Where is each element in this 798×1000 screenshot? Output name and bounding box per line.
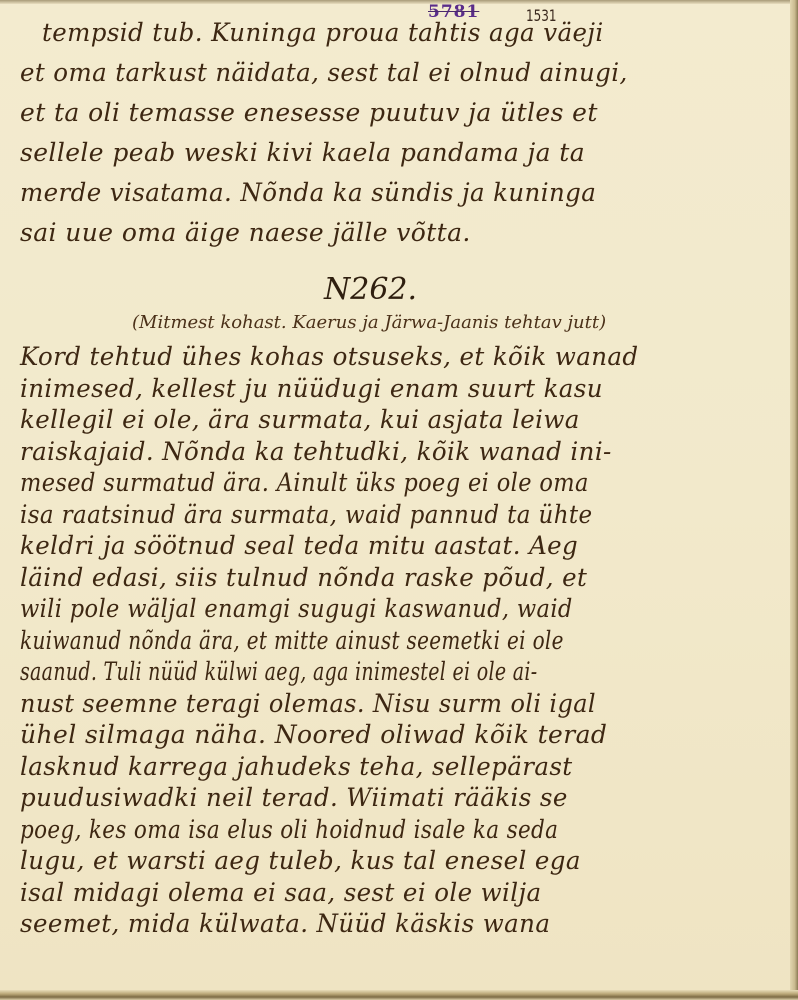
- text-line: inimesed, kellest ju nüüdugi enam suurt …: [20, 374, 769, 403]
- text-line: kuiwanud nõnda ära, et mitte ainust seem…: [20, 626, 631, 655]
- text-line: kellegil ei ole, ära surmata, kui asjata…: [20, 405, 769, 434]
- text-line: läind edasi, siis tulnud nõnda raske põu…: [20, 563, 769, 592]
- text-line: seemet, mida külwata. Nüüd käskis wana: [20, 909, 769, 938]
- text-line: tempsid tub. Kuninga proua tahtis aga vä…: [42, 18, 769, 47]
- text-line: Kord tehtud ühes kohas otsuseks, et kõik…: [20, 342, 769, 371]
- page-bottom-edge: [0, 990, 798, 1000]
- text-line: isal midagi olema ei saa, sest ei ole wi…: [20, 878, 769, 907]
- entry-source-note: (Mitmest kohast. Kaerus ja Järwa-Jaanis …: [132, 312, 606, 333]
- text-line: sellele peab weski kivi kaela pandama ja…: [20, 138, 784, 167]
- text-line: merde visatama. Nõnda ka sündis ja kunin…: [20, 178, 769, 207]
- page-right-edge: [790, 0, 798, 1000]
- text-line: wili pole wäljal enamgi sugugi kaswanud,…: [20, 594, 708, 623]
- text-line: et oma tarkust näidata, sest tal ei olnu…: [20, 58, 769, 87]
- text-line: sai uue oma äige naese jälle võtta.: [20, 218, 784, 247]
- text-line: saanud. Tuli nüüd külwi aeg, aga inimest…: [20, 657, 601, 686]
- text-line: ühel silmaga näha. Noored oliwad kõik te…: [20, 720, 784, 749]
- text-line: keldri ja söötnud seal teda mitu aastat.…: [20, 531, 769, 560]
- text-line: raiskajaid. Nõnda ka tehtudki, kõik wana…: [20, 437, 769, 466]
- text-line: mesed surmatud ära. Ainult üks poeg ei o…: [20, 468, 708, 497]
- text-line: lugu, et warsti aeg tuleb, kus tal enese…: [20, 846, 769, 875]
- text-line: puudusiwadki neil terad. Wiimati rääkis …: [20, 783, 769, 812]
- text-line: nust seemne teragi olemas. Nisu surm oli…: [20, 689, 753, 718]
- manuscript-page: 5781 1531 tempsid tub. Kuninga proua tah…: [0, 0, 798, 1000]
- text-line: lasknud karrega jahudeks teha, sellepära…: [20, 752, 769, 781]
- text-line: poeg, kes oma isa elus oli hoidnud isale…: [20, 815, 677, 844]
- page-top-edge: [0, 0, 798, 4]
- text-line: et ta oli temasse enesesse puutuv ja ütl…: [20, 98, 784, 127]
- text-line: isa raatsinud ära surmata, waid pannud t…: [20, 500, 723, 529]
- entry-number-heading: N262.: [324, 272, 417, 307]
